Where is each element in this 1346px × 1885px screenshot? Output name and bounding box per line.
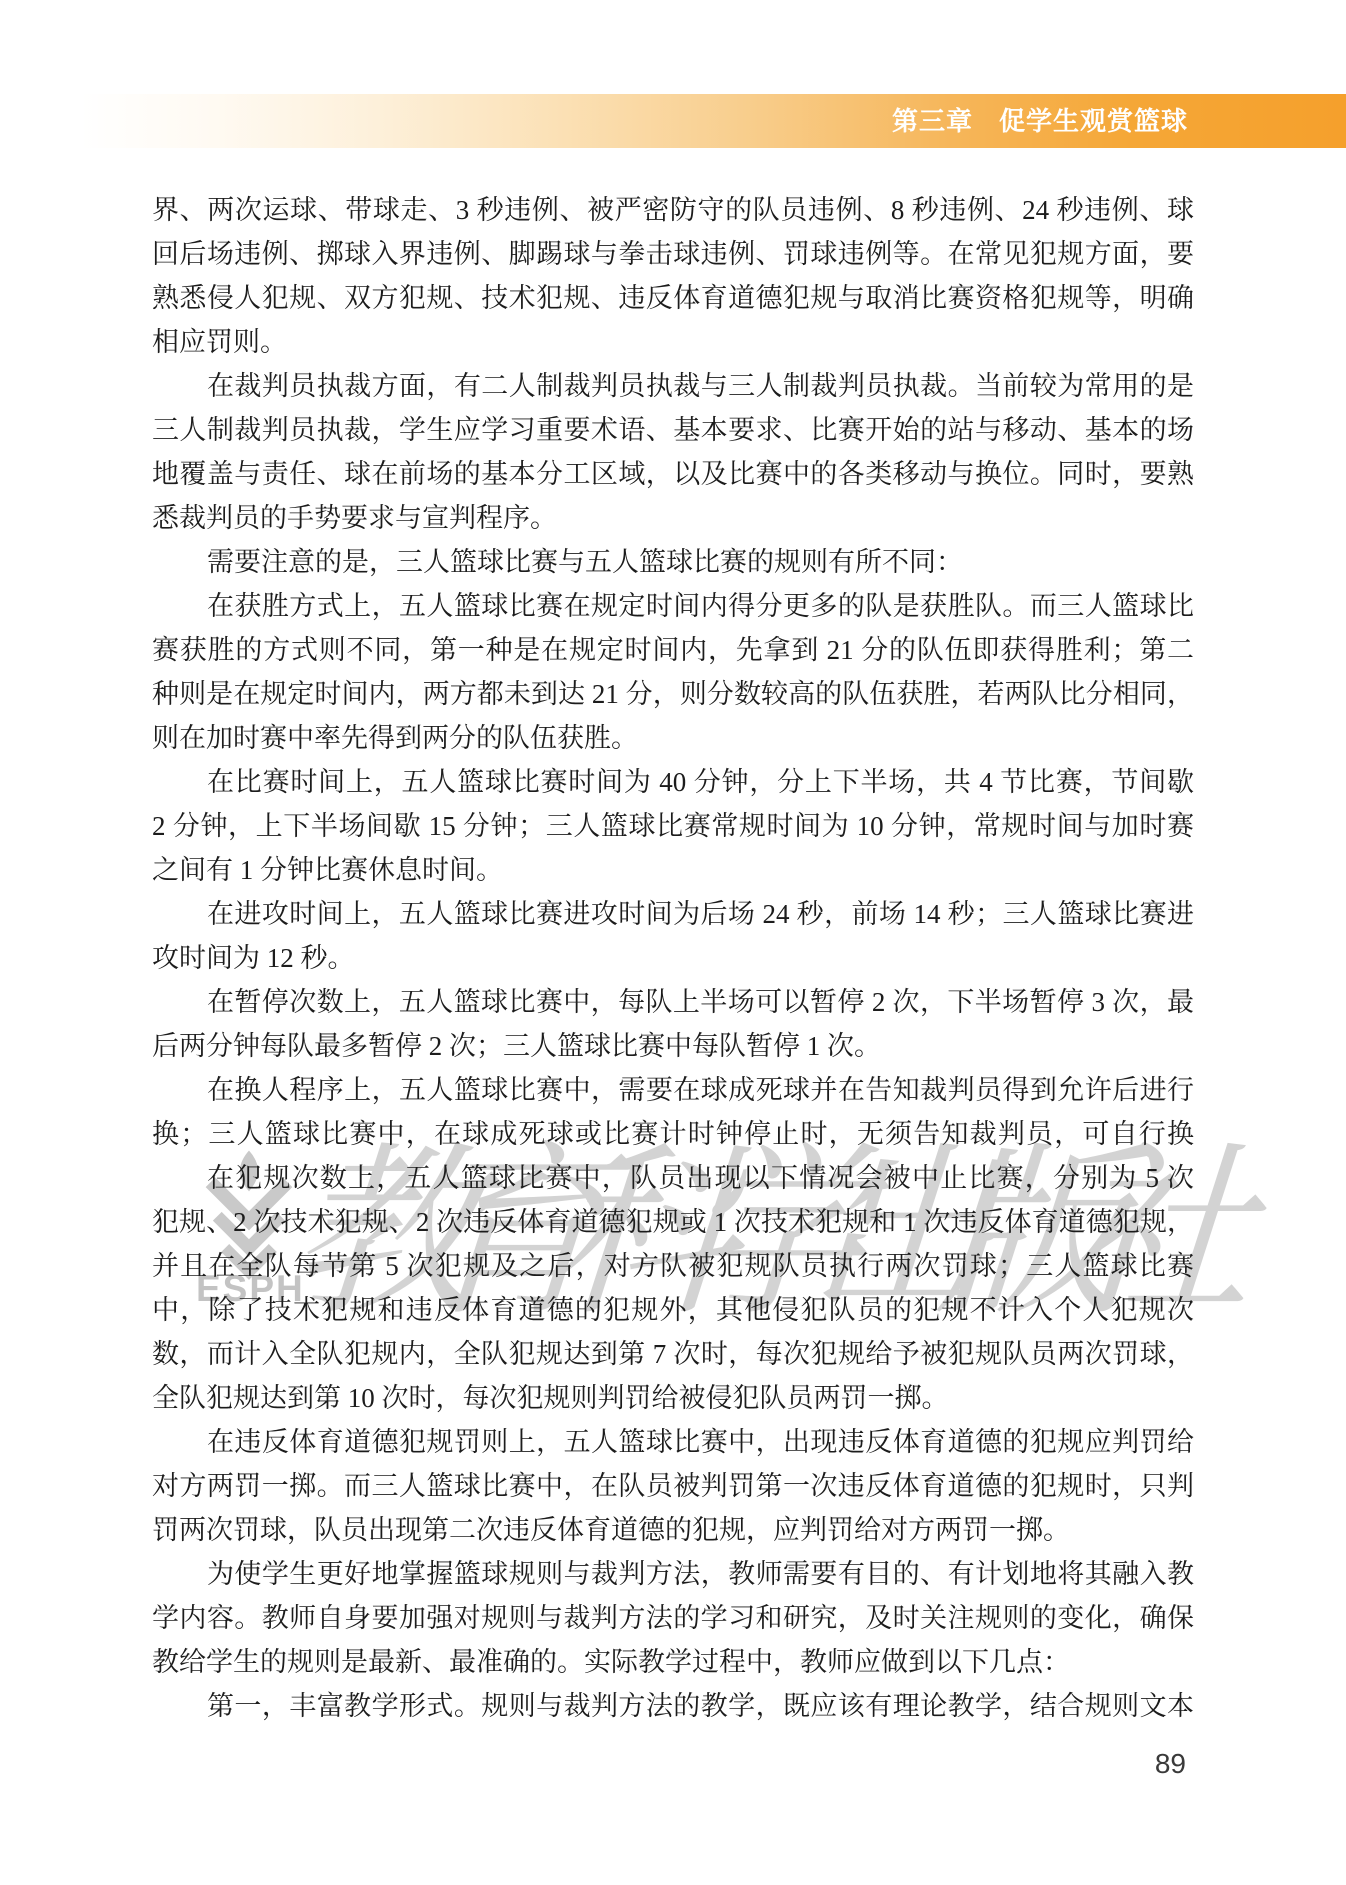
body-line: 在比赛时间上，五人篮球比赛时间为 40 分钟，分上下半场，共 4 节比赛，节间歇 — [152, 760, 1194, 804]
body-line: 地覆盖与责任、球在前场的基本分工区域，以及比赛中的各类移动与换位。同时，要熟 — [152, 452, 1194, 496]
body-line: 后两分钟每队最多暂停 2 次；三人篮球比赛中每队暂停 1 次。 — [152, 1024, 1194, 1068]
body-line: 在裁判员执裁方面，有二人制裁判员执裁与三人制裁判员执裁。当前较为常用的是 — [152, 364, 1194, 408]
body-line: 为使学生更好地掌握篮球规则与裁判方法，教师需要有目的、有计划地将其融入教 — [152, 1552, 1194, 1596]
body-line: 全队犯规达到第 10 次时，每次犯规则判罚给被侵犯队员两罚一掷。 — [152, 1376, 1194, 1420]
page-number: 89 — [1155, 1748, 1186, 1780]
body-line: 相应罚则。 — [152, 320, 1194, 364]
body-line: 并且在全队每节第 5 次犯规及之后，对方队被犯规队员执行两次罚球；三人篮球比赛 — [152, 1244, 1194, 1288]
body-line: 之间有 1 分钟比赛休息时间。 — [152, 848, 1194, 892]
body-line: 三人制裁判员执裁，学生应学习重要术语、基本要求、比赛开始的站与移动、基本的场 — [152, 408, 1194, 452]
body-line: 第一，丰富教学形式。规则与裁判方法的教学，既应该有理论教学，结合规则文本 — [152, 1684, 1194, 1728]
body-line: 教给学生的规则是最新、最准确的。实际教学过程中，教师应做到以下几点： — [152, 1640, 1194, 1684]
body-line: 在获胜方式上，五人篮球比赛在规定时间内得分更多的队是获胜队。而三人篮球比 — [152, 584, 1194, 628]
body-text: 界、两次运球、带球走、3 秒违例、被严密防守的队员违例、8 秒违例、24 秒违例… — [152, 188, 1194, 1728]
body-line: 在犯规次数上，五人篮球比赛中，队员出现以下情况会被中止比赛，分别为 5 次 — [152, 1156, 1194, 1200]
body-line: 赛获胜的方式则不同，第一种是在规定时间内，先拿到 21 分的队伍即获得胜利；第二 — [152, 628, 1194, 672]
body-line: 界、两次运球、带球走、3 秒违例、被严密防守的队员违例、8 秒违例、24 秒违例… — [152, 188, 1194, 232]
body-line: 在暂停次数上，五人篮球比赛中，每队上半场可以暂停 2 次，下半场暂停 3 次，最 — [152, 980, 1194, 1024]
body-line: 在违反体育道德犯规罚则上，五人篮球比赛中，出现违反体育道德的犯规应判罚给 — [152, 1420, 1194, 1464]
body-line: 学内容。教师自身要加强对规则与裁判方法的学习和研究，及时关注规则的变化，确保 — [152, 1596, 1194, 1640]
body-line: 则在加时赛中率先得到两分的队伍获胜。 — [152, 716, 1194, 760]
body-line: 熟悉侵人犯规、双方犯规、技术犯规、违反体育道德犯规与取消比赛资格犯规等，明确 — [152, 276, 1194, 320]
body-line: 悉裁判员的手势要求与宣判程序。 — [152, 496, 1194, 540]
body-line: 数，而计入全队犯规内，全队犯规达到第 7 次时，每次犯规给予被犯规队员两次罚球， — [152, 1332, 1194, 1376]
body-line: 在换人程序上，五人篮球比赛中，需要在球成死球并在告知裁判员得到允许后进行替 — [152, 1068, 1194, 1112]
body-line: 攻时间为 12 秒。 — [152, 936, 1194, 980]
body-line: 中，除了技术犯规和违反体育道德的犯规外，其他侵犯队员的犯规不计入个人犯规次 — [152, 1288, 1194, 1332]
body-line: 在进攻时间上，五人篮球比赛进攻时间为后场 24 秒，前场 14 秒；三人篮球比赛… — [152, 892, 1194, 936]
body-line: 需要注意的是，三人篮球比赛与五人篮球比赛的规则有所不同： — [152, 540, 1194, 584]
body-line: 换；三人篮球比赛中，在球成死球或比赛计时钟停止时，无须告知裁判员，可自行换人。 — [152, 1112, 1194, 1156]
body-line: 罚两次罚球，队员出现第二次违反体育道德的犯规，应判罚给对方两罚一掷。 — [152, 1508, 1194, 1552]
body-line: 回后场违例、掷球入界违例、脚踢球与拳击球违例、罚球违例等。在常见犯规方面，要 — [152, 232, 1194, 276]
book-page: 第三章促学生观赏篮球 ESPH 教育科学出版社 界、两次运球、带球走、3 秒违例… — [0, 0, 1346, 1885]
body-line: 种则是在规定时间内，两方都未到达 21 分，则分数较高的队伍获胜，若两队比分相同… — [152, 672, 1194, 716]
body-line: 2 分钟，上下半场间歇 15 分钟；三人篮球比赛常规时间为 10 分钟，常规时间… — [152, 804, 1194, 848]
body-line: 犯规、2 次技术犯规、2 次违反体育道德犯规或 1 次技术犯规和 1 次违反体育… — [152, 1200, 1194, 1244]
body-line: 对方两罚一掷。而三人篮球比赛中，在队员被判罚第一次违反体育道德的犯规时，只判 — [152, 1464, 1194, 1508]
